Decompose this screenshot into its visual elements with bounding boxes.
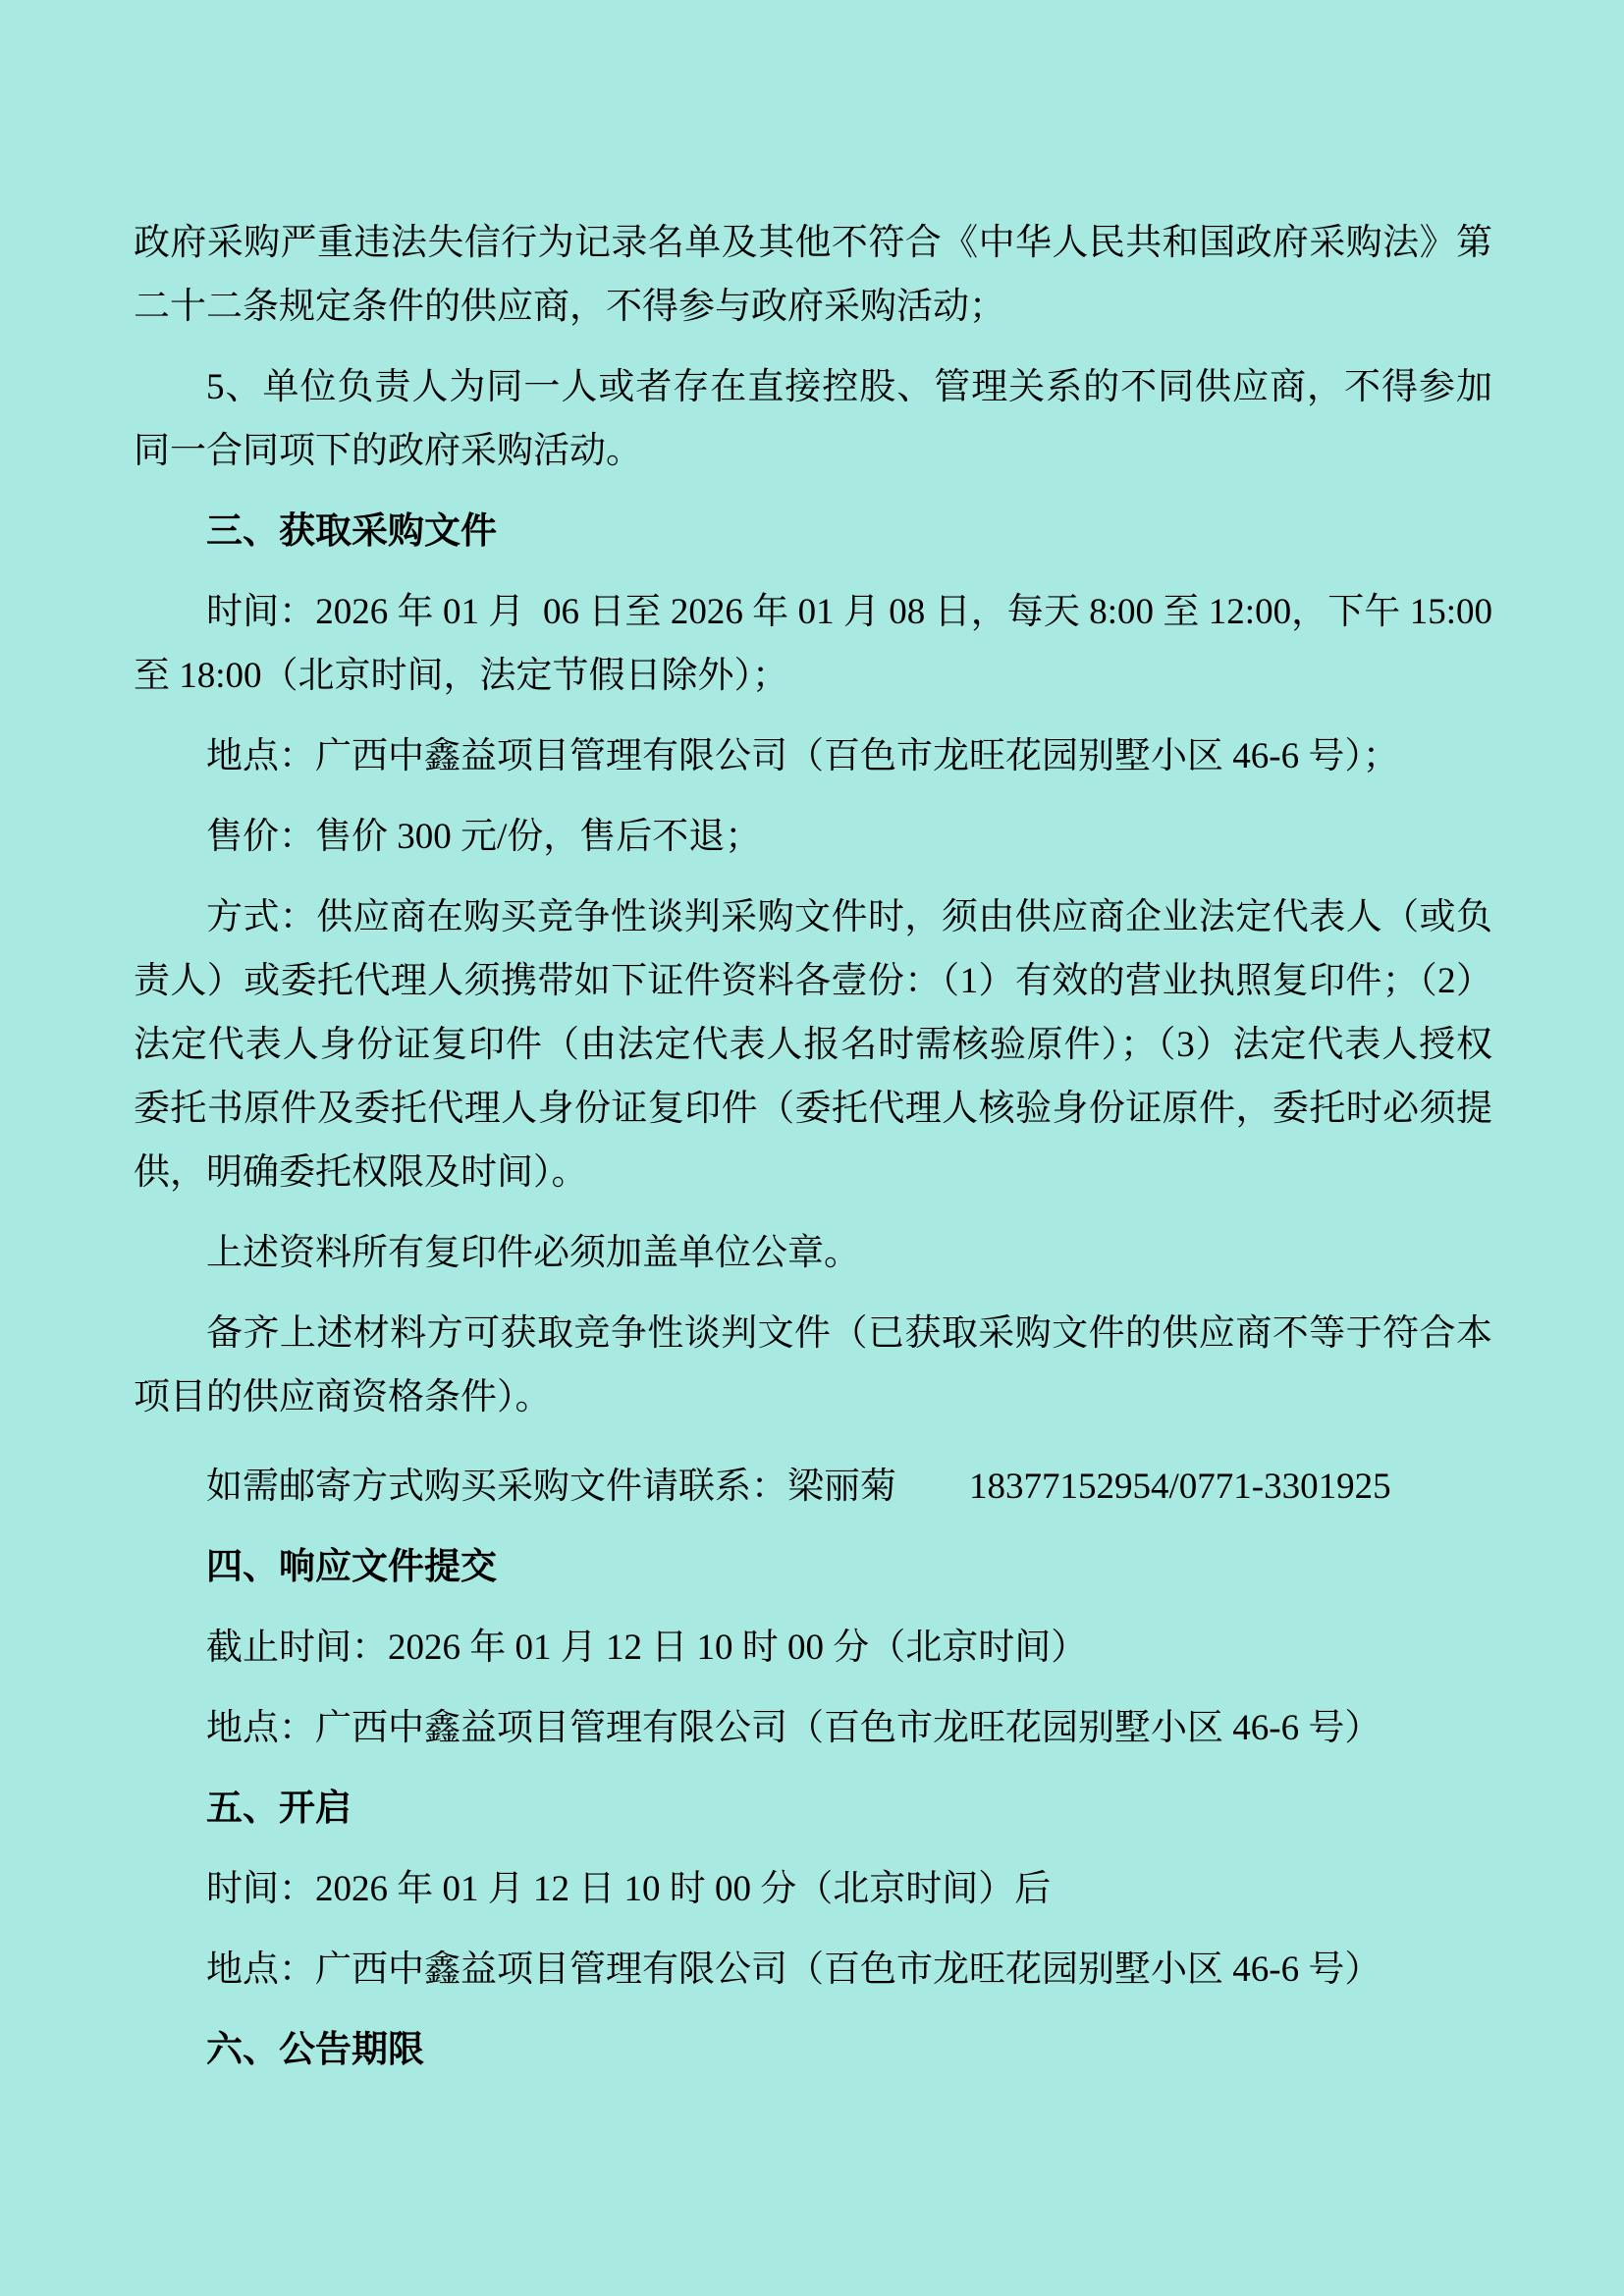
section-heading: 五、开启 bbox=[134, 1777, 1492, 1841]
paragraph: 截止时间：2026 年 01 月 12 日 10 时 00 分（北京时间） bbox=[134, 1616, 1492, 1680]
section-heading: 四、响应文件提交 bbox=[134, 1535, 1492, 1599]
section-heading: 三、获取采购文件 bbox=[134, 500, 1492, 563]
paragraph: 售价：售价 300 元/份，售后不退； bbox=[134, 805, 1492, 869]
paragraph: 地点：广西中鑫益项目管理有限公司（百色市龙旺花园别墅小区 46-6 号） bbox=[134, 1938, 1492, 2002]
paragraph: 上述资料所有复印件必须加盖单位公章。 bbox=[134, 1221, 1492, 1285]
document-page: 政府采购严重违法失信行为记录名单及其他不符合《中华人民共和国政府采购法》第二十二… bbox=[0, 0, 1624, 2296]
paragraph: 地点：广西中鑫益项目管理有限公司（百色市龙旺花园别墅小区 46-6 号）； bbox=[134, 724, 1492, 788]
paragraph: 地点：广西中鑫益项目管理有限公司（百色市龙旺花园别墅小区 46-6 号） bbox=[134, 1696, 1492, 1760]
paragraph: 5、单位负责人为同一人或者存在直接控股、管理关系的不同供应商，不得参加同一合同项… bbox=[134, 355, 1492, 483]
section-heading: 六、公告期限 bbox=[134, 2018, 1492, 2082]
paragraph: 时间：2026 年 01 月 12 日 10 时 00 分（北京时间）后 bbox=[134, 1857, 1492, 1921]
paragraph: 备齐上述材料方可获取竞争性谈判文件（已获取采购文件的供应商不等于符合本项目的供应… bbox=[134, 1302, 1492, 1429]
document-body: 政府采购严重违法失信行为记录名单及其他不符合《中华人民共和国政府采购法》第二十二… bbox=[134, 211, 1492, 2082]
paragraph: 如需邮寄方式购买采购文件请联系：梁丽菊 18377152954/0771-330… bbox=[134, 1455, 1492, 1519]
paragraph: 政府采购严重违法失信行为记录名单及其他不符合《中华人民共和国政府采购法》第二十二… bbox=[134, 211, 1492, 339]
paragraph: 时间：2026 年 01 月 06 日至 2026 年 01 月 08 日，每天… bbox=[134, 580, 1492, 708]
paragraph: 方式：供应商在购买竞争性谈判采购文件时，须由供应商企业法定代表人（或负责人）或委… bbox=[134, 885, 1492, 1204]
